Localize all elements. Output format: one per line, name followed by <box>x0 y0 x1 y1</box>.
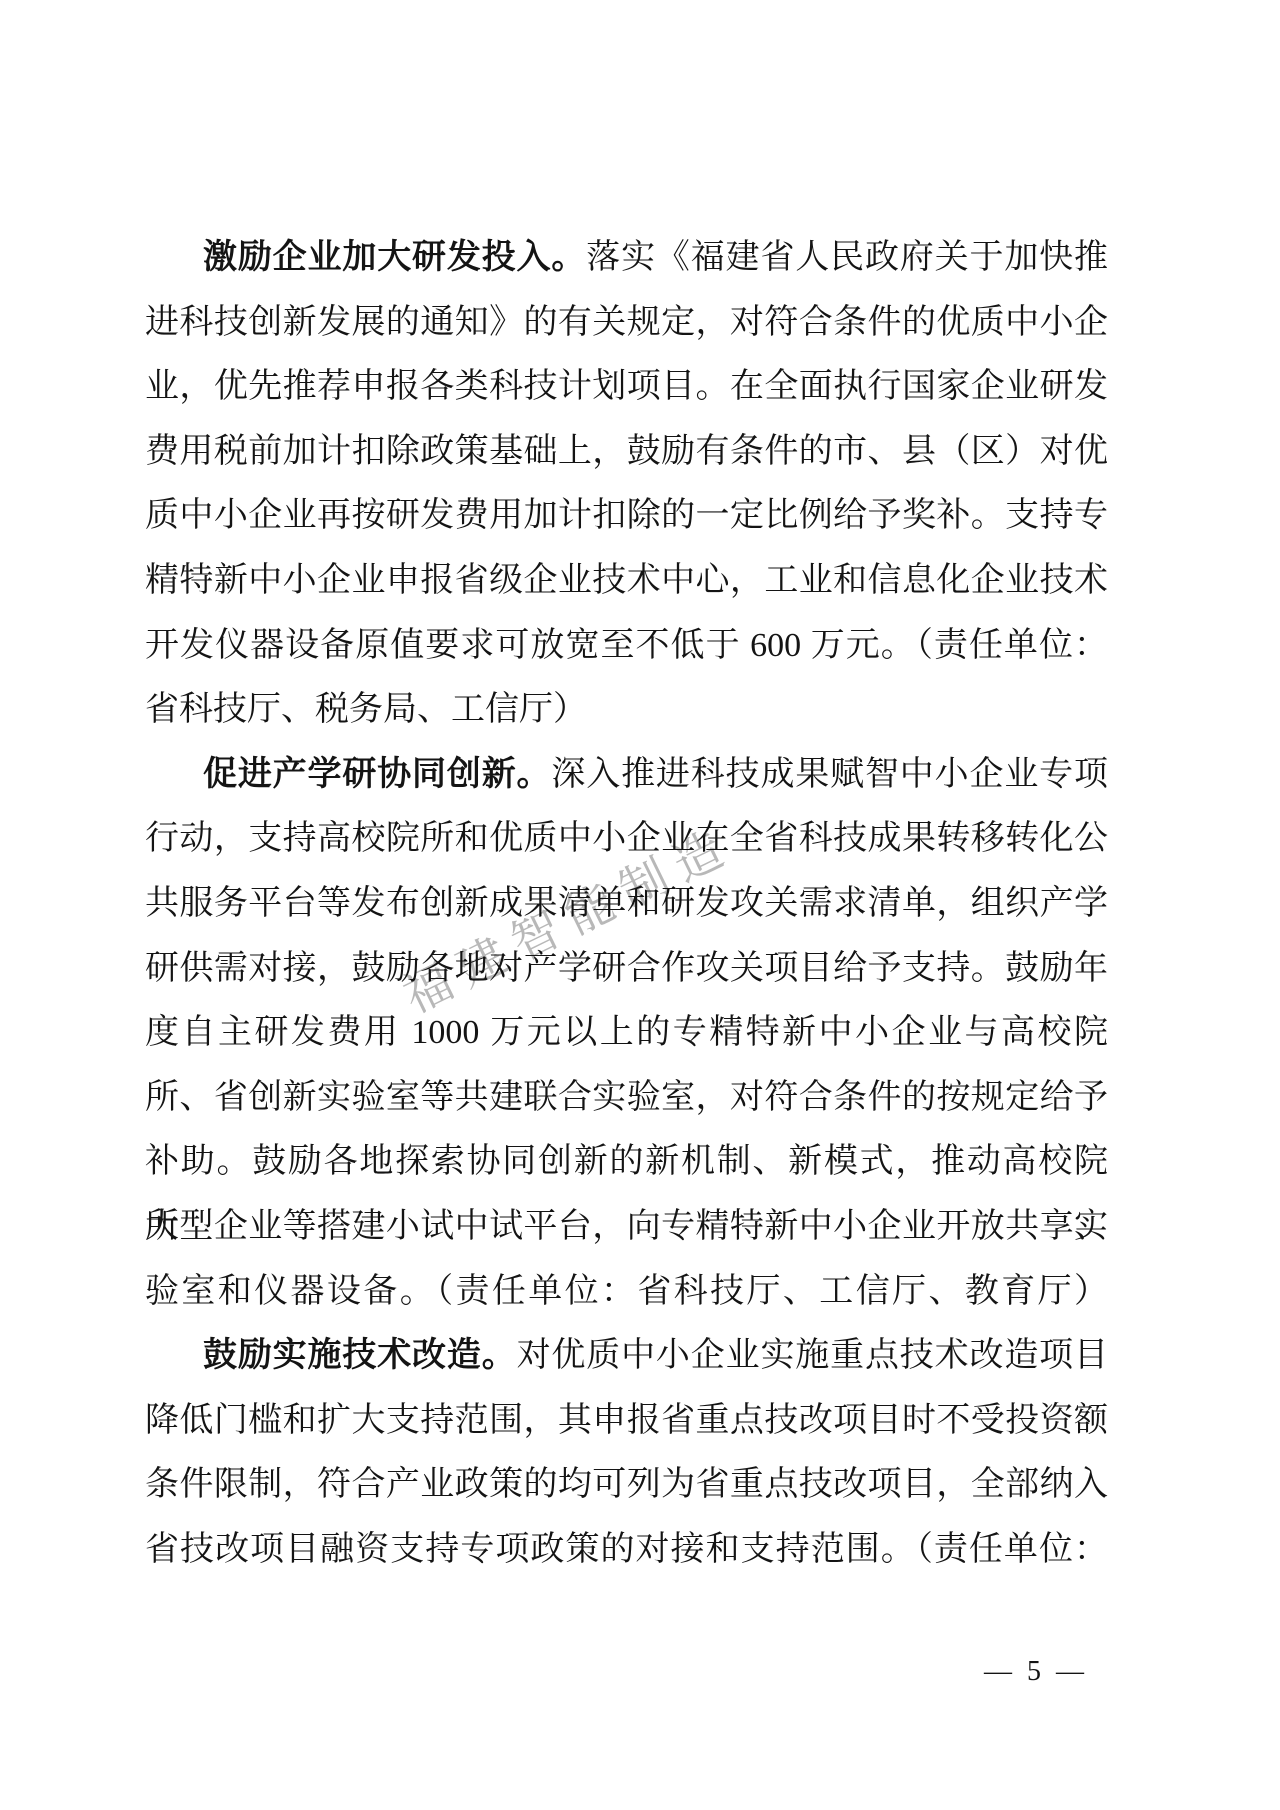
text-line: 费用税前加计扣除政策基础上，鼓励有条件的市、县（区）对优 <box>145 420 1108 485</box>
text-line: 共服务平台等发布创新成果清单和研发攻关需求清单，组织产学 <box>145 872 1108 937</box>
text-line: 大型企业等搭建小试中试平台，向专精特新中小企业开放共享实 <box>145 1195 1108 1260</box>
text-line: 省技改项目融资支持专项政策的对接和支持范围。（责任单位： <box>145 1518 1108 1583</box>
text-line: 行动，支持高校院所和优质中小企业在全省科技成果转移转化公 <box>145 807 1108 872</box>
text-line: 研供需对接，鼓励各地对产学研合作攻关项目给予支持。鼓励年 <box>145 937 1108 1002</box>
paragraph-lead: 激励企业加大研发投入。 <box>203 239 586 276</box>
text-line: 省科技厅、税务局、工信厅） <box>145 678 1108 743</box>
text-line: 促进产学研协同创新。深入推进科技成果赋智中小企业专项 <box>145 743 1108 808</box>
paragraph-lead: 促进产学研协同创新。 <box>203 756 551 793</box>
text-line: 开发仪器设备原值要求可放宽至不低于 600 万元。（责任单位： <box>145 614 1108 679</box>
text-line: 所、省创新实验室等共建联合实验室，对符合条件的按规定给予 <box>145 1066 1108 1131</box>
text-line: 验室和仪器设备。（责任单位：省科技厅、工信厅、教育厅） <box>145 1260 1108 1325</box>
text-line: 激励企业加大研发投入。落实《福建省人民政府关于加快推 <box>145 226 1108 291</box>
text-line: 度自主研发费用 1000 万元以上的专精特新中小企业与高校院 <box>145 1001 1108 1066</box>
paragraph-lead: 鼓励实施技术改造。 <box>203 1337 517 1374</box>
text-line: 鼓励实施技术改造。对优质中小企业实施重点技术改造项目 <box>145 1324 1108 1389</box>
text-line: 降低门槛和扩大支持范围，其申报省重点技改项目时不受投资额 <box>145 1389 1108 1454</box>
page-number: — 5 — <box>984 1656 1088 1688</box>
text-line: 进科技创新发展的通知》的有关规定，对符合条件的优质中小企 <box>145 291 1108 356</box>
document-body: 激励企业加大研发投入。落实《福建省人民政府关于加快推进科技创新发展的通知》的有关… <box>145 226 1108 1582</box>
text-line: 补助。鼓励各地探索协同创新的新机制、新模式，推动高校院所、 <box>145 1130 1108 1195</box>
document-page: 福建智能制造 激励企业加大研发投入。落实《福建省人民政府关于加快推进科技创新发展… <box>0 0 1280 1810</box>
text-line: 条件限制，符合产业政策的均可列为省重点技改项目，全部纳入 <box>145 1453 1108 1518</box>
text-line: 精特新中小企业申报省级企业技术中心，工业和信息化企业技术 <box>145 549 1108 614</box>
text-line: 质中小企业再按研发费用加计扣除的一定比例给予奖补。支持专 <box>145 484 1108 549</box>
text-line: 业，优先推荐申报各类科技计划项目。在全面执行国家企业研发 <box>145 355 1108 420</box>
